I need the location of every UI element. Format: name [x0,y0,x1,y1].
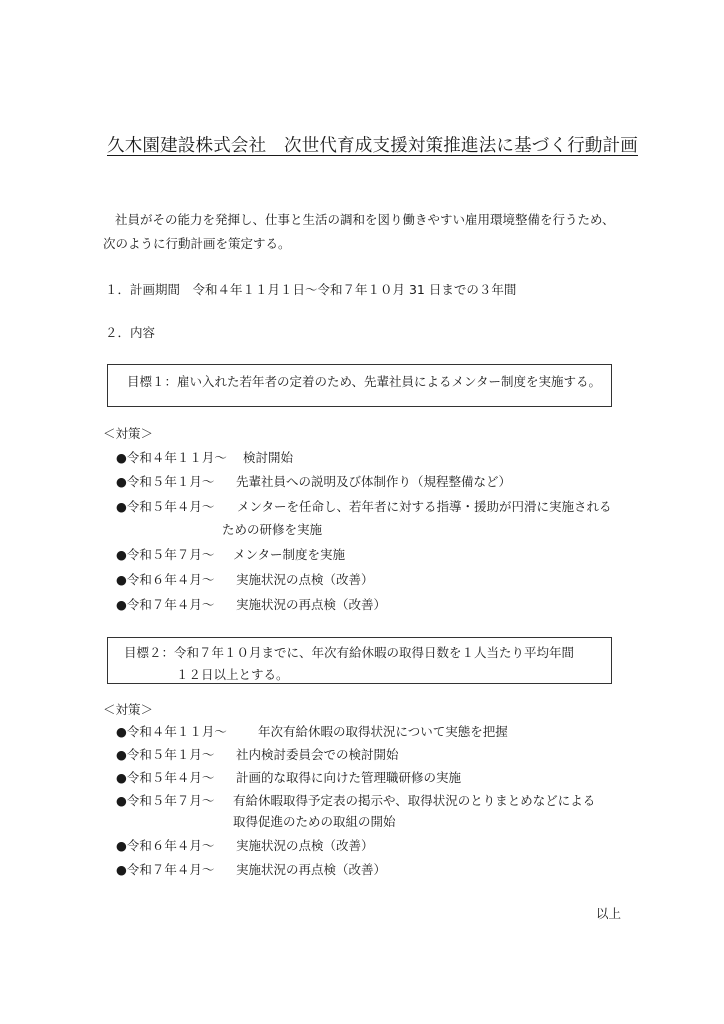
measure-date: ●令和４年１１月～ [116,448,243,466]
goal-1-measure-2: ●令和５年１月～先輩社員への説明及び体制作り（規程整備など） [116,472,511,490]
closing-mark: 以上 [596,904,621,922]
measure-text: 実施状況の再点検（改善） [236,595,386,613]
measure-text: 先輩社員への説明及び体制作り（規程整備など） [236,472,511,490]
goal-2-measure-4-continued: 取得促進のための取組の開始 [233,812,396,830]
measure-date: ●令和７年４月～ [116,595,236,613]
goal-2-measure-2: ●令和５年１月～社内検討委員会での検討開始 [116,745,399,763]
goal-1-measures-label: ＜対策＞ [103,424,153,442]
measure-text: 年次有給休暇の取得状況について実態を把握 [258,722,508,740]
measure-text: 実施状況の点検（改善） [236,836,374,854]
goal-2-measure-5: ●令和６年４月～実施状況の点検（改善） [116,836,374,854]
measure-text: 検討開始 [243,448,293,466]
measure-text: メンター制度を実施 [233,545,345,563]
goal-2-measures-label: ＜対策＞ [103,700,153,718]
goal-2-measure-6: ●令和７年４月～実施状況の再点検（改善） [116,860,386,878]
document-title: 久木園建設株式会社 次世代育成支援対策推進法に基づく行動計画 [107,132,638,157]
measure-date: ●令和５年７月～ [116,545,233,563]
goal-2-box: 目標２：令和７年１０月までに、年次有給休暇の取得日数を１人当たり平均年間 １２日… [107,637,612,684]
measure-date: ●令和４年１１月～ [116,722,258,740]
section-contents-heading: ２．内容 [105,323,155,341]
goal-1-measure-4: ●令和５年７月～メンター制度を実施 [116,545,345,563]
measure-date: ●令和５年１月～ [116,745,236,763]
measure-text: 実施状況の再点検（改善） [236,860,386,878]
goal-2-measure-3: ●令和５年４月～計画的な取得に向けた管理職研修の実施 [116,768,461,786]
measure-text: 社内検討委員会での検討開始 [236,745,399,763]
measure-date: ●令和６年４月～ [116,836,236,854]
measure-text: 計画的な取得に向けた管理職研修の実施 [236,768,461,786]
goal-2-measure-4: ●令和５年７月～有給休暇取得予定表の掲示や、取得状況のとりまとめなどによる [116,791,595,809]
measure-date: ●令和６年４月～ [116,570,236,588]
goal-1-measure-3: ●令和５年４月～メンターを任命し、若年者に対する指導・援助が円滑に実施される [116,497,612,515]
measure-date: ●令和５年４月～ [116,768,236,786]
goal-1-measure-1: ●令和４年１１月～検討開始 [116,448,293,466]
measure-date: ●令和５年１月～ [116,472,236,490]
measure-text: 実施状況の点検（改善） [236,570,374,588]
goal-1-measure-3-continued: ための研修を実施 [222,520,322,538]
goal-1-text: 目標１：雇い入れた若年者の定着のため、先輩社員によるメンター制度を実施する。 [127,372,601,390]
goal-1-measure-6: ●令和７年４月～実施状況の再点検（改善） [116,595,386,613]
section-plan-period: １．計画期間 令和４年１１月１日～令和７年１０月 31 日までの３年間 [105,280,516,298]
goal-2-measure-1: ●令和４年１１月～年次有給休暇の取得状況について実態を把握 [116,722,508,740]
measure-date: ●令和５年４月～ [116,497,237,515]
intro-line-2: 次のように行動計画を策定する。 [103,234,291,252]
goal-2-line-1: 目標２：令和７年１０月までに、年次有給休暇の取得日数を１人当たり平均年間 [124,643,574,661]
goal-2-line-2: １２日以上とする。 [176,665,289,683]
measure-text: メンターを任命し、若年者に対する指導・援助が円滑に実施される [237,497,612,515]
measure-date: ●令和５年７月～ [116,791,233,809]
measure-date: ●令和７年４月～ [116,860,236,878]
goal-1-box: 目標１：雇い入れた若年者の定着のため、先輩社員によるメンター制度を実施する。 [107,364,612,407]
intro-line-1: 社員がその能力を発揮し、仕事と生活の調和を図り働きやすい雇用環境整備を行うため、 [115,210,615,228]
measure-text: 有給休暇取得予定表の掲示や、取得状況のとりまとめなどによる [233,791,595,809]
goal-1-measure-5: ●令和６年４月～実施状況の点検（改善） [116,570,374,588]
